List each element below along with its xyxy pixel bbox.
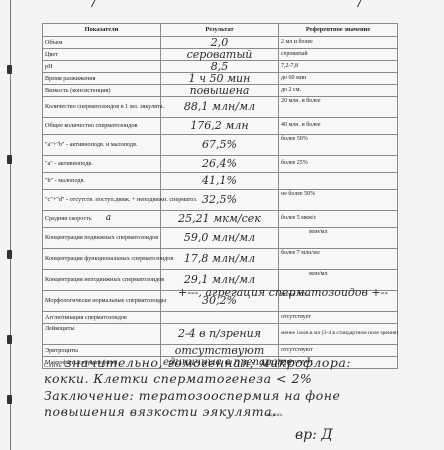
row-label: Объем	[43, 37, 161, 49]
row-reference: менее 1млн.в мл (3-4 в стандартном поле …	[279, 324, 398, 345]
punch-mark	[7, 65, 12, 74]
row-label: Агглютинация сперматозоидов	[43, 312, 161, 324]
pen-stroke: /	[92, 0, 97, 10]
row-result: 41,1%	[161, 173, 279, 190]
table-row: "a" - активноподв. 26,4% более 25%	[43, 156, 398, 173]
table-row: Объем 2,0 2 мл и более	[43, 37, 398, 49]
row-result: 32,5%	[161, 190, 279, 211]
table-row: Средняя скоростьa 25,21 мкм/сек более 5 …	[43, 211, 398, 228]
table-row: "a"+"b" - активноподв. и малоподв. 67,5%…	[43, 135, 398, 156]
table-row: Морфологически нормальные сперматозоиды …	[43, 291, 398, 312]
row-label-cell: Средняя скоростьa	[43, 211, 161, 228]
results-table: Показатели Результат Референтное значени…	[42, 23, 398, 369]
table-row: "c"+"d" - отсутств. поступ.движ. + непод…	[43, 190, 398, 211]
table-row: Вязкость (консистенция) повышена до 2 см…	[43, 85, 398, 97]
row-reference: 7,2-7,8	[279, 61, 398, 73]
row-label: "c"+"d" - отсутств. поступ.движ. + непод…	[43, 190, 161, 211]
row-label: Вязкость (консистенция)	[43, 85, 161, 97]
table-row: Цвет сероватый сероватый	[43, 49, 398, 61]
notes-label: Слизь	[44, 363, 62, 369]
row-reference: более 7 млн/мл	[279, 249, 398, 270]
row-reference: более 30%	[279, 291, 398, 312]
handwritten-note: a	[106, 213, 111, 223]
row-result: 29,1 млн/мл	[161, 270, 279, 291]
row-result: 176,2 млн	[161, 118, 279, 135]
row-result: 88,1 млн/мл	[161, 97, 279, 118]
table-row: Концентрация функциональных сперматозоид…	[43, 249, 398, 270]
punch-mark	[7, 155, 12, 164]
header-result: Результат	[161, 24, 279, 37]
table-row: Концентрация неподвижных сперматозоидов …	[43, 270, 398, 291]
row-reference: более 50%	[279, 135, 398, 156]
row-result: 26,4%	[161, 156, 279, 173]
row-reference: сероватый	[279, 49, 398, 61]
row-result: 59,0 млн/мл	[161, 228, 279, 249]
row-reference: более 25%	[279, 156, 398, 173]
row-label: pH	[43, 61, 161, 73]
row-label: Лейкоциты	[43, 324, 161, 345]
table-row: Лейкоциты 2-4 в п/зрения менее 1млн.в мл…	[43, 324, 398, 345]
row-result: 1 ч 50 мин	[161, 73, 279, 85]
row-result: 17,8 млн/мл	[161, 249, 279, 270]
table-row: Общее количество сперматозоидов 176,2 мл…	[43, 118, 398, 135]
row-label: Время разжижения	[43, 73, 161, 85]
row-label: Цвет	[43, 49, 161, 61]
row-reference: млн/мл	[279, 228, 398, 249]
conclusion-line-1: Заключение: тератозооспермия на фоне	[44, 388, 340, 403]
row-reference: 2 мл и более	[279, 37, 398, 49]
header-indicators: Показатели	[43, 24, 161, 37]
row-reference: более 5 мкм/с	[279, 211, 398, 228]
row-result-cell	[161, 312, 279, 324]
row-reference: млн/мл	[279, 270, 398, 291]
row-label: Концентрация неподвижных сперматозоидов	[43, 270, 161, 291]
row-reference: отсутствует	[279, 312, 398, 324]
table-row: "b" - малоподв. 41,1%	[43, 173, 398, 190]
row-reference: до 2 см.	[279, 85, 398, 97]
notes-line-1: Слизьзначительно, гомогенная; микрофлора…	[44, 355, 351, 370]
punch-mark	[7, 250, 12, 259]
row-label: "a" - активноподв.	[43, 156, 161, 173]
conclusion-line-2: повышения вязкости эякулята.	[44, 404, 277, 419]
row-result: 30,2%	[161, 291, 279, 312]
notes-text: значительно, гомогенная; микрофлора:	[65, 355, 351, 370]
punch-mark	[7, 395, 12, 404]
row-result: 2,0	[161, 37, 279, 49]
punch-mark	[7, 335, 12, 344]
row-reference: до 60 мин	[279, 73, 398, 85]
doctor-signature: вр: Д	[295, 427, 333, 443]
row-label: "b" - малоподв.	[43, 173, 161, 190]
row-result: 67,5%	[161, 135, 279, 156]
row-result: 2-4 в п/зрения	[161, 324, 279, 345]
row-result: 25,21 мкм/сек	[161, 211, 279, 228]
notes-line-2: кокки. Клетки сперматогенеза < 2%	[44, 371, 312, 386]
row-reference	[279, 173, 398, 190]
pen-stroke: /	[358, 0, 363, 10]
table-row: pH 8,5 7,2-7,8	[43, 61, 398, 73]
row-result: сероватый	[161, 49, 279, 61]
row-label: Общее количество сперматозоидов	[43, 118, 161, 135]
table-row: Концентрация подвижных сперматозоидов 59…	[43, 228, 398, 249]
table-row: Количество сперматозоидов в 1 мл. эякуля…	[43, 97, 398, 118]
signature-caption: подпись	[265, 413, 282, 418]
table-row: Агглютинация сперматозоидов отсутствует	[43, 312, 398, 324]
row-label: Морфологически нормальные сперматозоиды	[43, 291, 161, 312]
row-label: Концентрация подвижных сперматозоидов	[43, 228, 161, 249]
table-row: Время разжижения 1 ч 50 мин до 60 мин	[43, 73, 398, 85]
row-label: Концентрация функциональных сперматозоид…	[43, 249, 161, 270]
row-result: повышена	[161, 85, 279, 97]
row-label: Количество сперматозоидов в 1 мл. эякуля…	[43, 97, 161, 118]
header-reference: Референтное значение	[279, 24, 398, 37]
row-reference: 40 млн. и более	[279, 118, 398, 135]
row-label: "a"+"b" - активноподв. и малоподв.	[43, 135, 161, 156]
row-result: 8,5	[161, 61, 279, 73]
row-reference: 20 млн. и более	[279, 97, 398, 118]
row-reference: не более 50%	[279, 190, 398, 211]
row-label: Средняя скорость	[45, 215, 92, 222]
